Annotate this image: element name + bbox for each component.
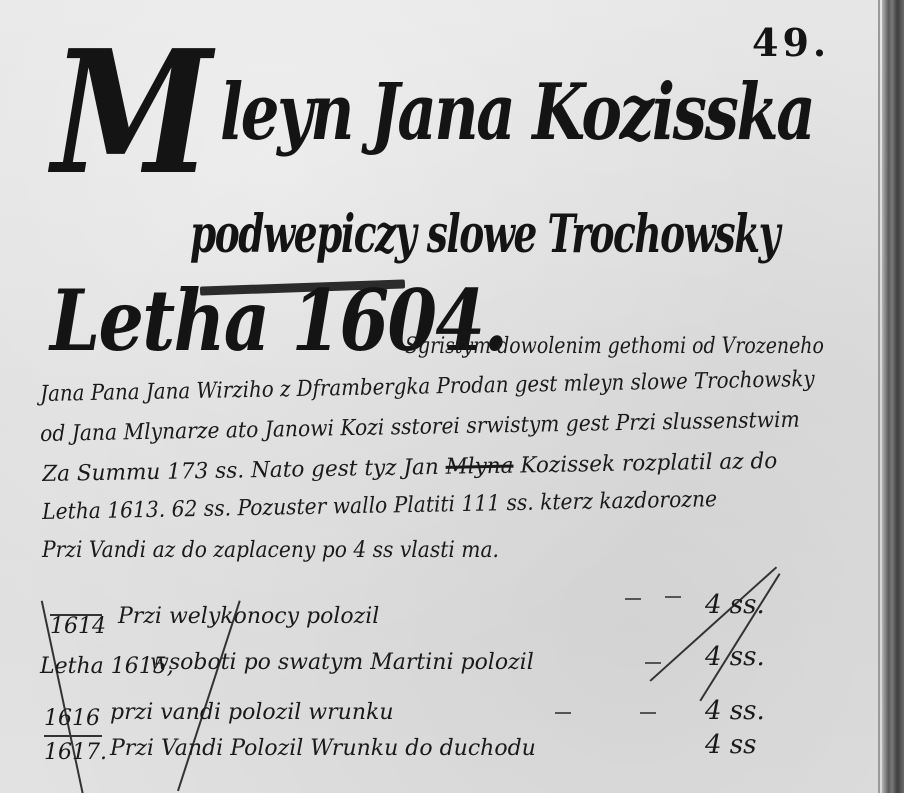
folio-number: 49. bbox=[752, 20, 830, 65]
book-binding-edge bbox=[882, 0, 904, 793]
payment-amount-1617: 4 ss bbox=[705, 730, 757, 760]
body-line-3: od Jana Mlynarze ato Janowi Kozi sstorei… bbox=[40, 408, 800, 448]
payment-text-1616: przi vandi polozil wrunku bbox=[110, 700, 394, 726]
body-line-6: Przi Vandi az do zaplaceny po 4 ss vlast… bbox=[42, 538, 499, 564]
payment-year-1617: 1617. bbox=[44, 740, 107, 766]
body-line-4-rest: Kozissek rozplatil az do bbox=[513, 449, 777, 479]
page-gutter-line bbox=[878, 0, 880, 793]
payment-amount-1616: 4 ss. bbox=[705, 696, 765, 726]
payment-text-1617: Przi Vandi Polozil Wrunku do duchodu bbox=[110, 736, 536, 762]
struck-word: Mlyna bbox=[445, 454, 513, 480]
manuscript-page: 49. M leyn Jana Kozisska podwepiczy slow… bbox=[0, 0, 904, 793]
body-line-1: Sgristym dowolenim gethomi od Vrozeneho bbox=[405, 334, 824, 360]
dash bbox=[645, 662, 661, 664]
dash bbox=[625, 598, 641, 600]
body-line-5: Letha 1613. 62 ss. Pozuster wallo Platit… bbox=[42, 487, 717, 526]
payment-text-1615: wsoboti po swatym Martini polozil bbox=[150, 650, 534, 676]
payment-text-1614: Przi welykonocy polozil bbox=[118, 604, 379, 630]
body-line-4: Za Summu 173 ss. Nato gest tyz Jan Mlyna… bbox=[42, 449, 777, 488]
dash bbox=[555, 712, 571, 714]
payment-year-1616: 1616 bbox=[44, 706, 100, 732]
body-line-4-text: Za Summu 173 ss. Nato gest tyz Jan bbox=[42, 455, 446, 487]
title-line-1: leyn Jana Kozisska bbox=[220, 68, 813, 158]
payment-amount-1615: 4 ss. bbox=[705, 642, 765, 672]
payment-amount-1614: 4 ss. bbox=[705, 590, 765, 620]
title-line-2: podwepiczy slowe Trochowsky bbox=[190, 205, 779, 265]
body-line-2: Jana Pana Jana Wirziho z Dframbergka Pro… bbox=[40, 367, 815, 408]
dash bbox=[640, 712, 656, 714]
year-overline bbox=[44, 735, 102, 737]
payment-year-1614: 1614 bbox=[50, 614, 106, 640]
dash bbox=[665, 596, 681, 598]
title-initial-letter: M bbox=[52, 28, 212, 198]
